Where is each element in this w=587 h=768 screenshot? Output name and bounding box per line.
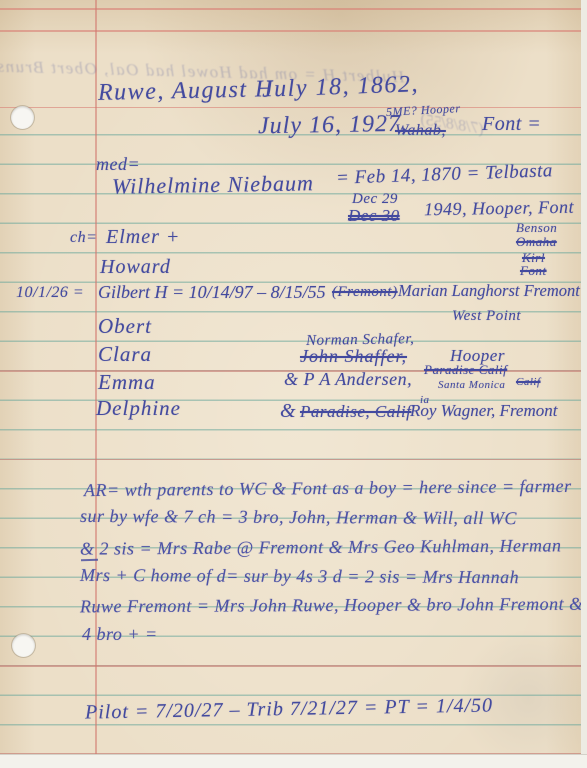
note-line: Ruwe Fremont = Mrs John Ruwe, Hooper & b… bbox=[80, 594, 584, 618]
delphine-spouse: Roy Wagner, Fremont bbox=[410, 401, 557, 421]
child-emma: Emma bbox=[98, 370, 156, 395]
red-rule bbox=[0, 107, 581, 109]
child-clara: Clara bbox=[98, 342, 152, 367]
struck-death-place: Wahab, bbox=[395, 122, 446, 140]
punch-hole bbox=[12, 634, 35, 657]
scanned-note-card: Hulbert H = om had Howel had Oal, Obert … bbox=[0, 0, 587, 768]
red-rule bbox=[0, 665, 581, 667]
marriage-label: med= bbox=[96, 154, 140, 175]
emma-struck-place: Paradise Calif bbox=[424, 362, 507, 378]
spouse-name: Wilhelmine Niebaum bbox=[112, 170, 314, 200]
birth-date-text: July 18, 1862, bbox=[262, 71, 420, 103]
place-omaha: Omaha bbox=[516, 234, 557, 250]
child-gilbert: Gilbert H = 10/14/97 – 8/15/55 bbox=[98, 282, 326, 303]
gilbert-struck-place: (Fremont) bbox=[332, 284, 398, 301]
emma-struck-place-2: Calif bbox=[516, 376, 541, 388]
red-rule bbox=[0, 30, 581, 32]
child-elmer: Elmer + bbox=[106, 226, 180, 249]
punch-hole bbox=[11, 106, 34, 129]
gilbert-margin-date: 10/1/26 = bbox=[16, 284, 84, 302]
child-delphine: Delphine bbox=[96, 396, 181, 421]
scan-edge-bottom bbox=[0, 754, 587, 768]
gilbert-place: West Point bbox=[452, 308, 521, 325]
red-rule bbox=[0, 459, 581, 461]
place-font: Font bbox=[520, 263, 547, 279]
emma-spouse: & P A Andersen, bbox=[284, 369, 412, 390]
note-line: AR= wth parents to WC & Font as a boy = … bbox=[84, 476, 572, 501]
note-line: sur by wfe & 7 ch = 3 bro, John, Herman … bbox=[80, 506, 517, 529]
spouse-death-text: 1949, Hooper, Font bbox=[424, 197, 574, 221]
spouse-death-struck: Dec 30 bbox=[348, 206, 400, 226]
surname-text: Ruwe, August H bbox=[98, 76, 274, 107]
red-rule bbox=[0, 8, 581, 10]
delphine-struck-place: Paradise, Calif bbox=[300, 402, 411, 422]
gilbert-spouse: Marian Langhorst Fremont bbox=[398, 281, 580, 301]
note-line: 4 bro + = bbox=[82, 624, 158, 645]
child-howard: Howard bbox=[100, 256, 171, 279]
children-label: ch= bbox=[70, 229, 97, 247]
note-line: Mrs + C home of d= sur by 4s 3 d = 2 sis… bbox=[80, 565, 519, 588]
scan-edge-right bbox=[581, 0, 587, 768]
note-line: & 2 sis = Mrs Rabe @ Fremont & Mrs Geo K… bbox=[80, 535, 562, 559]
clara-struck-spouse: John Shaffer, bbox=[300, 346, 407, 367]
delphine-ampersand: & bbox=[280, 400, 296, 423]
emma-insert-place: Santa Monica bbox=[438, 379, 505, 391]
death-place-text: Font = bbox=[482, 113, 541, 136]
child-obert: Obert bbox=[98, 314, 152, 339]
